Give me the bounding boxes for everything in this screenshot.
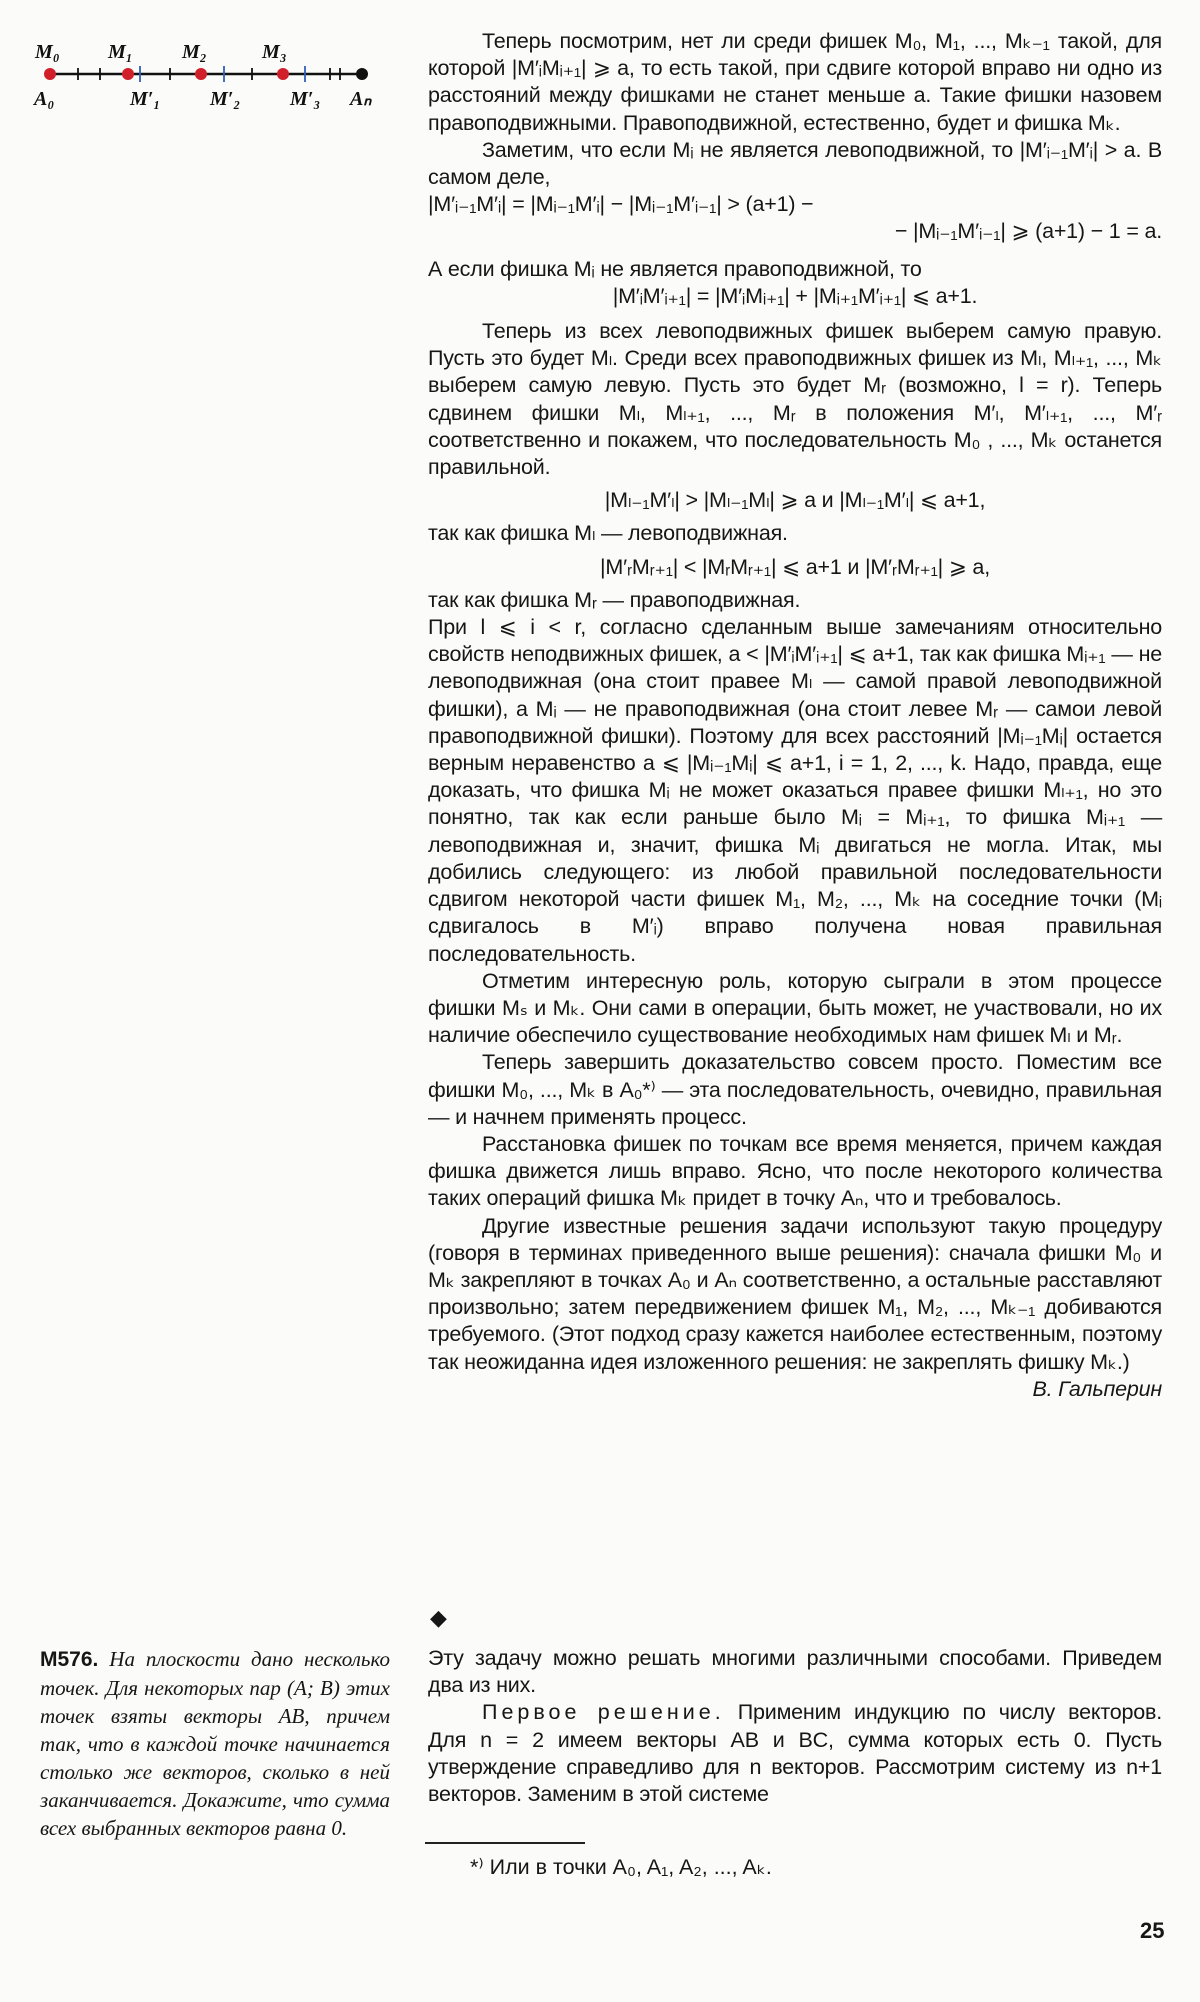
- problem-number: М576.: [40, 1648, 98, 1671]
- svg-text:M′₂: M′₂: [209, 88, 240, 110]
- equation: |M′ᵢ₋₁M′ᵢ| = |Mᵢ₋₁M′ᵢ| − |Mᵢ₋₁M′ᵢ₋₁| > (…: [428, 191, 1162, 218]
- author-signature: В. Гальперин: [428, 1376, 1162, 1403]
- footnote: *⁾ Или в точки A₀, A₁, A₂, ..., Aₖ.: [470, 1855, 772, 1880]
- problem-statement: М576. На плоскости дано несколько точек.…: [40, 1645, 390, 1842]
- magazine-page: M₀ M₁ M₂ M₃ A₀ M′₁ M′₂ M′₃ Aₙ Теперь пос…: [0, 0, 1200, 2002]
- paragraph: Отметим интересную роль, которую сыграли…: [428, 968, 1162, 1050]
- solution-label: Первое решение.: [482, 1700, 725, 1724]
- svg-text:M₀: M₀: [34, 41, 60, 63]
- problem-text: На плоскости дано несколько точек. Для н…: [40, 1647, 390, 1840]
- paragraph: Теперь посмотрим, нет ли среди фишек M₀,…: [428, 28, 1162, 137]
- page-number: 25: [1140, 1918, 1164, 1944]
- paragraph: Расстановка фишек по точкам все время ме…: [428, 1131, 1162, 1213]
- chip-diagram: M₀ M₁ M₂ M₃ A₀ M′₁ M′₂ M′₃ Aₙ: [20, 30, 380, 120]
- paragraph: Теперь из всех левоподвижных фишек выбер…: [428, 318, 1162, 481]
- paragraph: Заметим, что если Mᵢ не является левопод…: [428, 137, 1162, 191]
- svg-text:M′₃: M′₃: [289, 88, 320, 110]
- section-diamond-icon: ◆: [430, 1608, 450, 1628]
- equation: |M′ᵢM′ᵢ₊₁| = |M′ᵢMᵢ₊₁| + |Mᵢ₊₁M′ᵢ₊₁| ⩽ a…: [428, 283, 1162, 310]
- paragraph: так как фишка Mᵣ — правоподвижная.: [428, 587, 1162, 614]
- paragraph: Другие известные решения задачи использу…: [428, 1213, 1162, 1376]
- equation: |Mₗ₋₁M′ₗ| > |Mₗ₋₁Mₗ| ⩾ a и |Mₗ₋₁M′ₗ| ⩽ a…: [428, 487, 1162, 514]
- proof-column: Теперь посмотрим, нет ли среди фишек M₀,…: [428, 28, 1162, 1403]
- paragraph: Эту задачу можно решать многими различны…: [428, 1645, 1162, 1699]
- paragraph: так как фишка Mₗ — левоподвижная.: [428, 520, 1162, 547]
- svg-text:M′₁: M′₁: [129, 88, 160, 110]
- svg-text:M₁: M₁: [107, 41, 133, 63]
- paragraph: А если фишка Mᵢ не является правоподвижн…: [428, 256, 1162, 283]
- equation: |M′ᵣMᵣ₊₁| < |MᵣMᵣ₊₁| ⩽ a+1 и |M′ᵣMᵣ₊₁| ⩾…: [428, 554, 1162, 581]
- paragraph: При l ⩽ i < r, согласно сделанным выше з…: [428, 614, 1162, 968]
- footnote-divider: [425, 1842, 585, 1844]
- svg-text:A₀: A₀: [32, 88, 54, 110]
- solution-column: Эту задачу можно решать многими различны…: [428, 1645, 1162, 1808]
- svg-text:Aₙ: Aₙ: [348, 88, 372, 110]
- paragraph: Теперь завершить доказательство совсем п…: [428, 1049, 1162, 1131]
- paragraph: Первое решение. Применим индукцию по чис…: [428, 1699, 1162, 1808]
- equation: − |Mᵢ₋₁M′ᵢ₋₁| ⩾ (a+1) − 1 = a.: [428, 218, 1162, 245]
- svg-text:M₃: M₃: [261, 41, 287, 63]
- svg-text:M₂: M₂: [181, 41, 207, 63]
